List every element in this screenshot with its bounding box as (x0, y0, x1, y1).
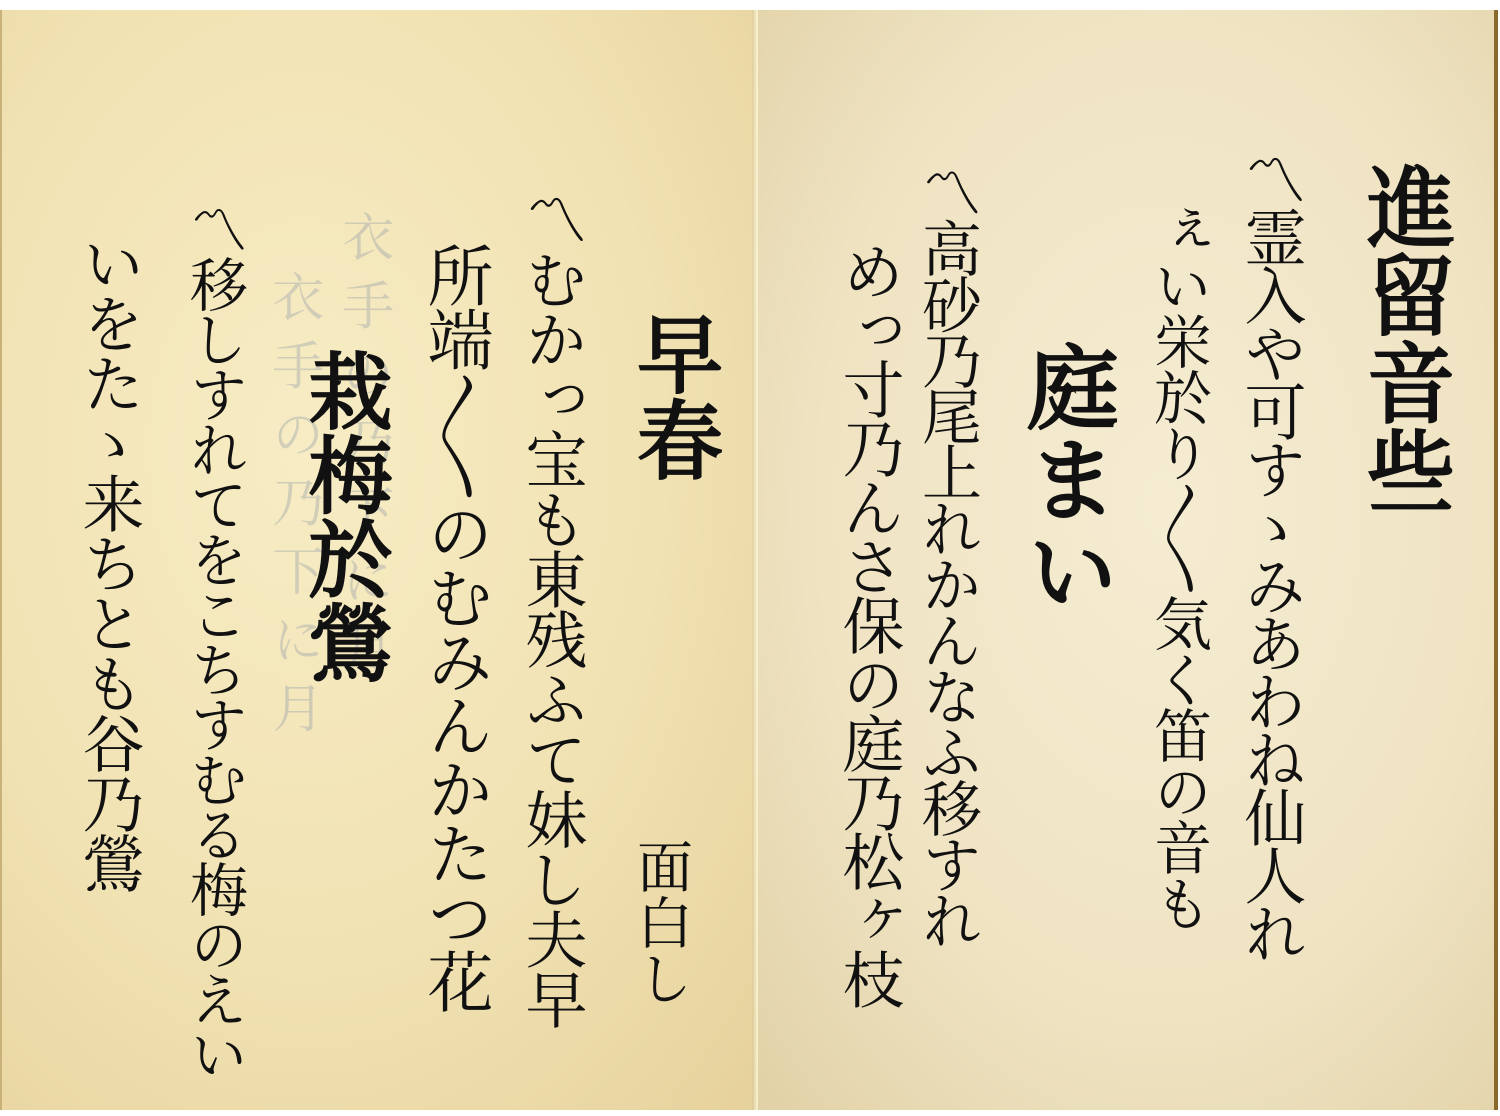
section-title-early-spring: 早春 (610, 310, 734, 482)
section-title-garden-dance: 庭まい (1000, 340, 1132, 616)
verse-column: いをたゝ来ちとも谷乃鶯 (64, 232, 153, 892)
annotation-interesting: 面白し (620, 838, 700, 1006)
verse-column: 〽高砂乃尾上れかんなふ移すれ (904, 162, 990, 946)
verse-column: 所端〱のむみんかたつ花 (407, 242, 502, 1012)
verse-column: 〽霊入や可すゝみあわね仙人れ (1226, 148, 1315, 960)
verse-column: 〽移しすれてをこちすむる梅のえい (172, 200, 256, 1080)
section-title: 進留音些 (1342, 162, 1468, 514)
left-page: 衣 手 の 乃 下 に 月 衣 手 の 乃 下 に 月 早春 〽むかっ宝も東残ふ… (0, 10, 760, 1110)
section-title-plum-warbler: 栽梅於鶯 (284, 348, 405, 684)
verse-column: めっ寸乃んさ保の庭乃松ヶ枝 (824, 240, 913, 1007)
book-spread: 衣 手 の 乃 下 に 月 衣 手 の 乃 下 に 月 早春 〽むかっ宝も東残ふ… (0, 10, 1496, 1110)
right-page: 進留音些 〽霊入や可すゝみあわね仙人れ ぇい栄於り〱気く笛の音も 庭まい 〽高砂… (758, 10, 1498, 1110)
verse-column: ぇい栄於り〱気く笛の音も (1136, 200, 1220, 930)
verse-column: 〽むかっ宝も東残ふて妹し夫早 (507, 188, 596, 1028)
